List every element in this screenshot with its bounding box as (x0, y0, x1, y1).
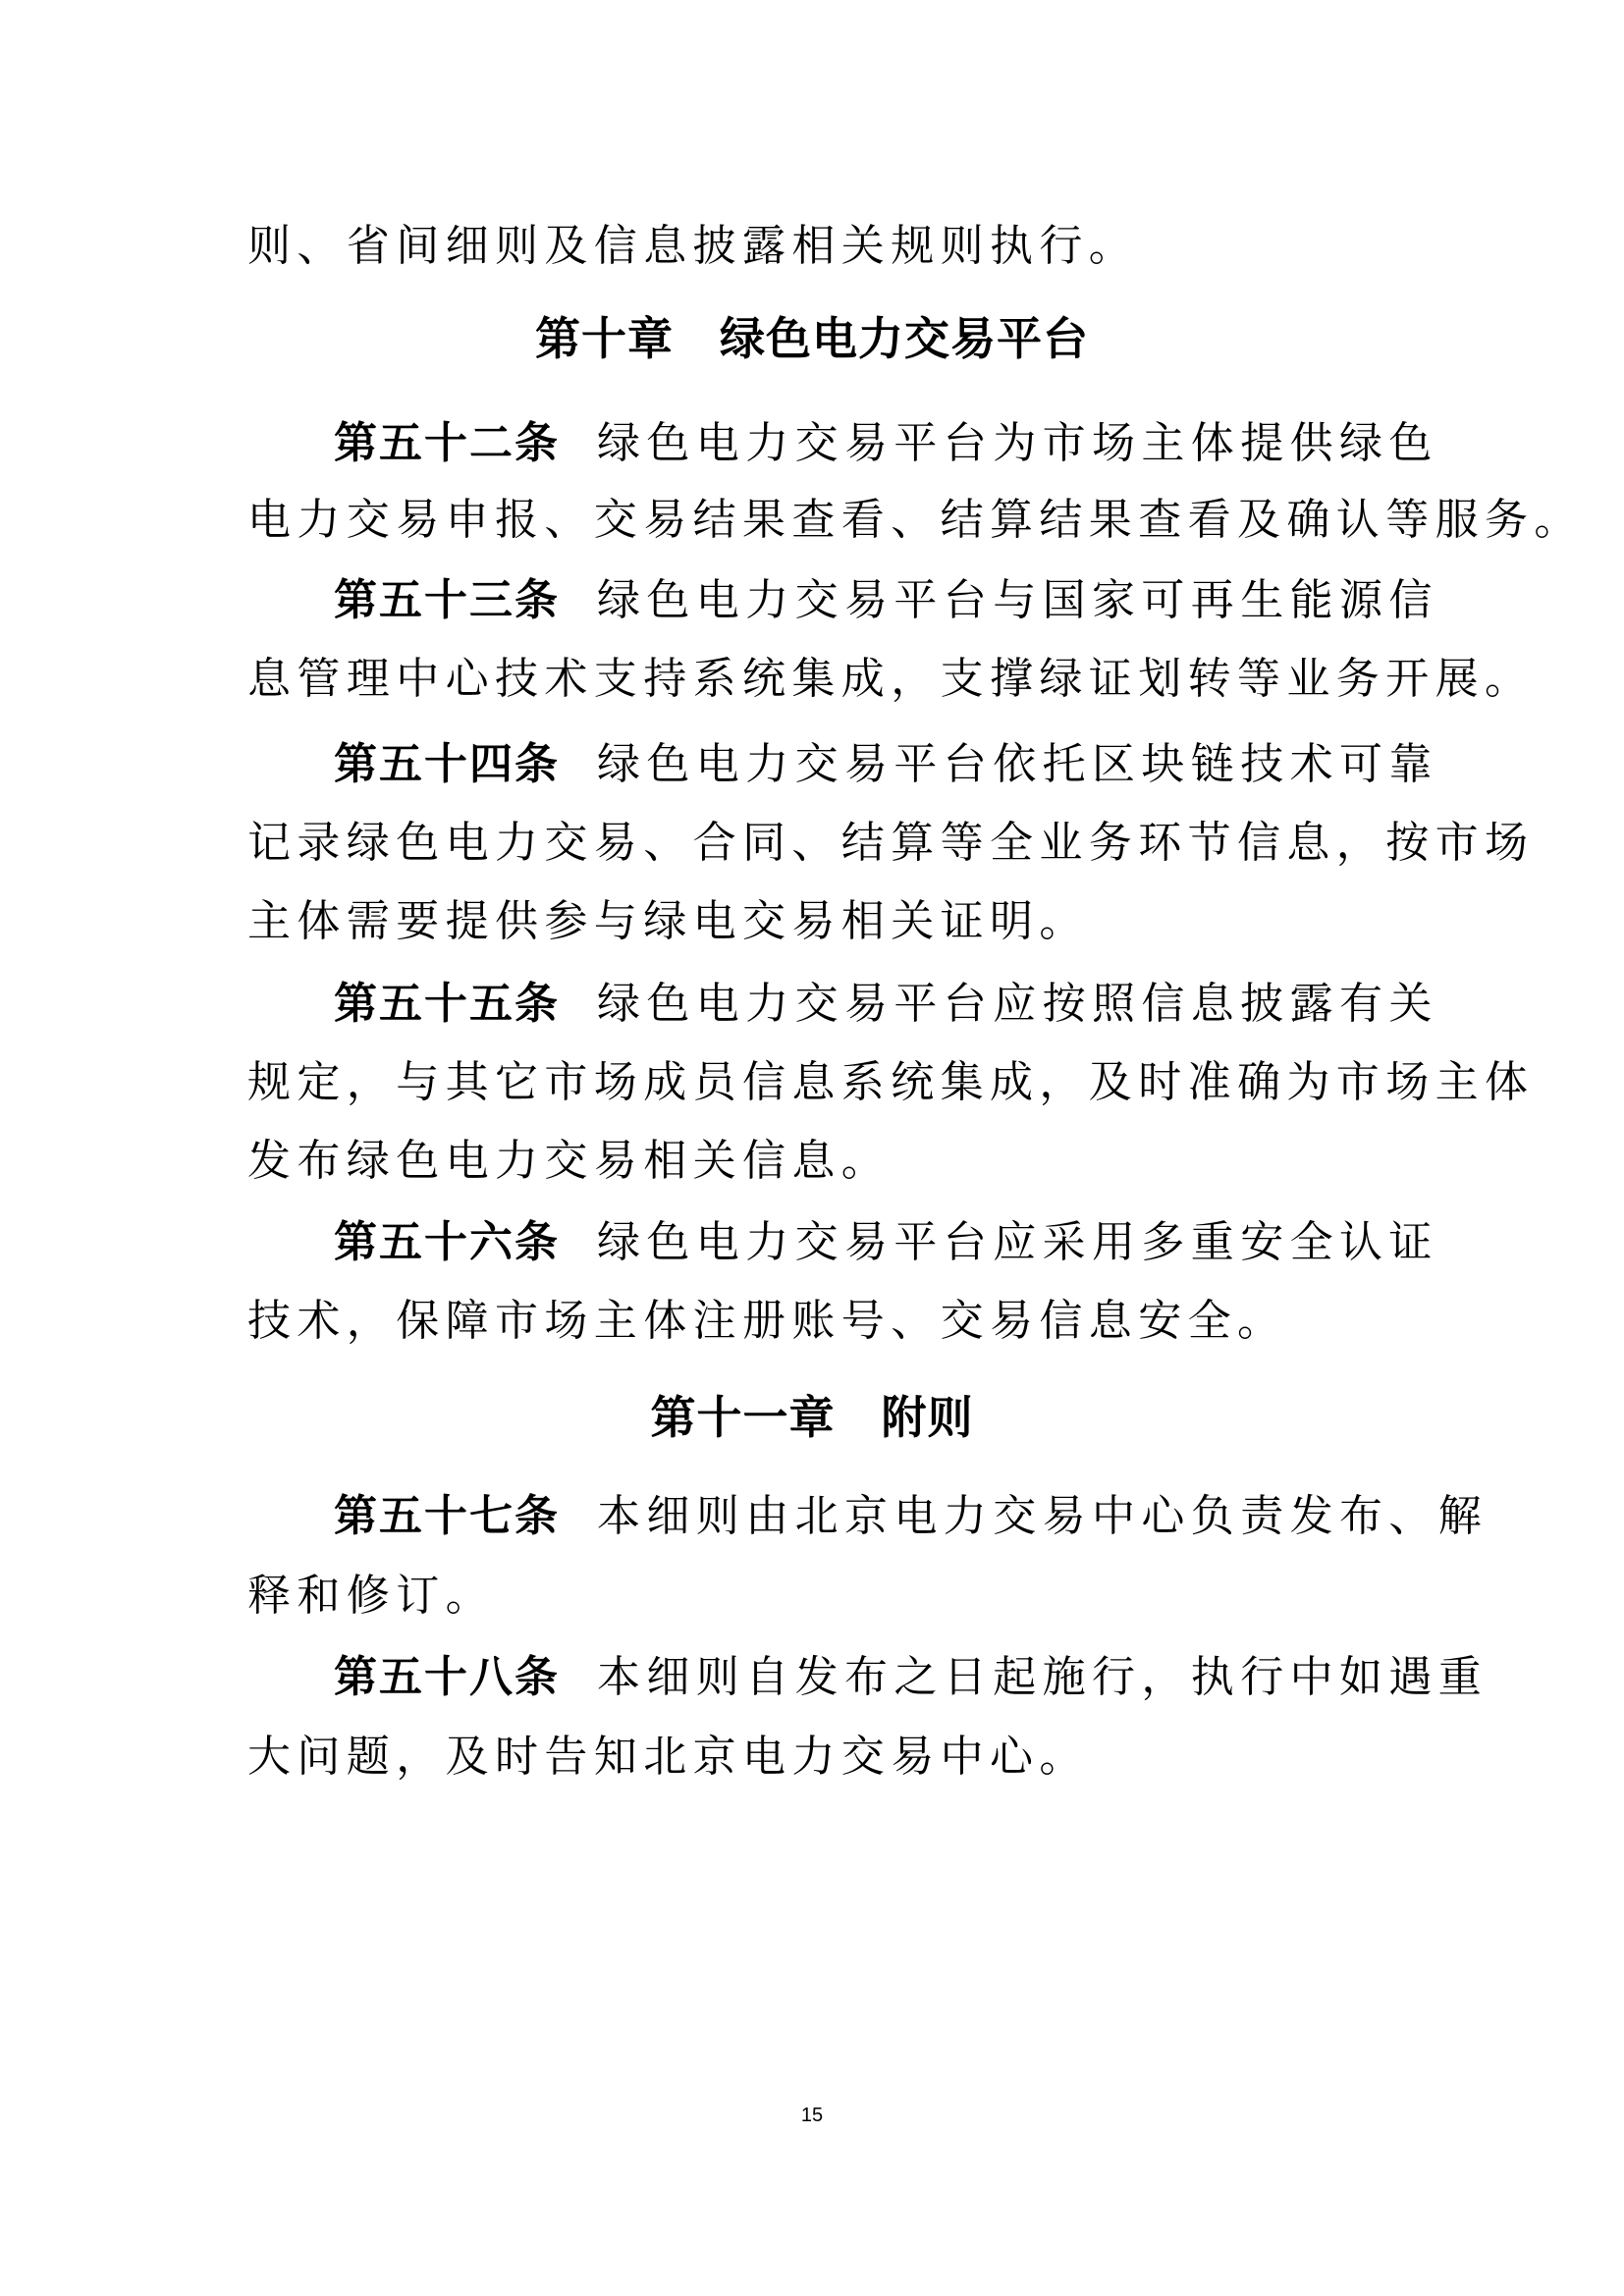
document-page: 则、省间细则及信息披露相关规则执行。 第十章 绿色电力交易平台 第五十二条绿色电… (0, 0, 1624, 2296)
article-58-text-line-2: 大问题，及时告知北京电力交易中心。 (247, 1728, 1386, 1787)
article-53: 第五十三条绿色电力交易平台与国家可再生能源信 (334, 571, 1473, 630)
article-56-text-line-2: 技术，保障市场主体注册账号、交易信息安全。 (247, 1292, 1386, 1351)
article-58-text-line-1: 本细则自发布之日起施行，执行中如遇重 (597, 1652, 1488, 1702)
article-54-label: 第五十四条 (334, 739, 560, 789)
article-53-text-line-2: 息管理中心技术支持系统集成，支撑绿证划转等业务开展。 (247, 650, 1386, 709)
article-54-text-line-2: 记录绿色电力交易、合同、结算等全业务环节信息，按市场 (247, 814, 1386, 873)
article-54-text-line-3: 主体需要提供参与绿电交易相关证明。 (247, 892, 1386, 951)
chapter-10-heading: 第十章 绿色电力交易平台 (0, 307, 1624, 370)
continuation-paragraph-line: 则、省间细则及信息披露相关规则执行。 (247, 217, 1386, 276)
article-52-text-line-1: 绿色电力交易平台为市场主体提供绿色 (597, 418, 1438, 468)
article-57-text-line-1: 本细则由北京电力交易中心负责发布、解 (597, 1491, 1488, 1541)
article-56-label: 第五十六条 (334, 1217, 560, 1267)
article-57-text-line-2: 释和修订。 (247, 1567, 1386, 1626)
article-55-text-line-1: 绿色电力交易平台应按照信息披露有关 (597, 979, 1438, 1029)
article-55: 第五十五条绿色电力交易平台应按照信息披露有关 (334, 975, 1473, 1034)
article-53-text-line-1: 绿色电力交易平台与国家可再生能源信 (597, 575, 1438, 625)
page-number: 15 (0, 2104, 1624, 2127)
article-56-text-line-1: 绿色电力交易平台应采用多重安全认证 (597, 1217, 1438, 1267)
article-52-label: 第五十二条 (334, 418, 560, 468)
article-54-text-line-1: 绿色电力交易平台依托区块链技术可靠 (597, 739, 1438, 789)
article-55-text-line-2: 规定，与其它市场成员信息系统集成，及时准确为市场主体 (247, 1053, 1386, 1112)
article-56: 第五十六条绿色电力交易平台应采用多重安全认证 (334, 1213, 1473, 1272)
article-54: 第五十四条绿色电力交易平台依托区块链技术可靠 (334, 735, 1473, 794)
article-52-text-line-2: 电力交易申报、交易结果查看、结算结果查看及确认等服务。 (247, 491, 1386, 550)
article-58-label: 第五十八条 (334, 1652, 560, 1702)
article-55-label: 第五十五条 (334, 979, 560, 1029)
chapter-11-heading: 第十一章 附则 (0, 1386, 1624, 1449)
article-55-text-line-3: 发布绿色电力交易相关信息。 (247, 1132, 1386, 1191)
article-57-label: 第五十七条 (334, 1491, 560, 1541)
article-53-label: 第五十三条 (334, 575, 560, 625)
article-57: 第五十七条本细则由北京电力交易中心负责发布、解 (334, 1487, 1473, 1546)
article-58: 第五十八条本细则自发布之日起施行，执行中如遇重 (334, 1648, 1473, 1707)
article-52: 第五十二条绿色电力交易平台为市场主体提供绿色 (334, 414, 1473, 473)
